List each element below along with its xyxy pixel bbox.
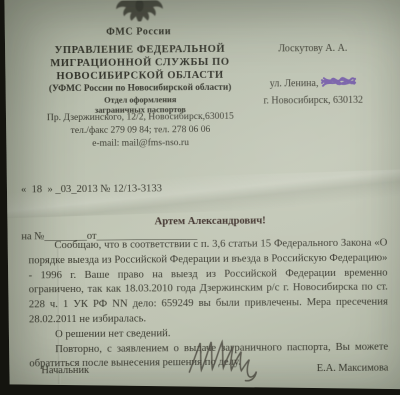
- salutation: Артем Александрович!: [10, 214, 400, 228]
- letterhead-address: Пр. Дзержинского, 12/2, Новосибирск,6300…: [9, 110, 271, 125]
- addressee-street: ул. Ленина,: [270, 78, 319, 89]
- agency-name-small: ФМС России: [57, 26, 221, 38]
- signer-title: Начальник: [41, 365, 89, 376]
- document-photo: ФМС России УПРАВЛЕНИЕ ФЕДЕРАЛЬНОЙ МИГРАЦ…: [0, 0, 400, 395]
- addressee-block: Лоскутову А. А. ул. Ленина, г. Новосибир…: [237, 43, 389, 107]
- letterhead-contact-block: Пр. Дзержинского, 12/2, Новосибирск,6300…: [9, 110, 271, 150]
- letter-content: ФМС России УПРАВЛЕНИЕ ФЕДЕРАЛЬНОЙ МИГРАЦ…: [0, 0, 400, 395]
- addressee-street-row: ул. Ленина,: [237, 74, 389, 93]
- coat-of-arms-eagle-icon: [86, 0, 192, 22]
- letter-paper: ФМС России УПРАВЛЕНИЕ ФЕДЕРАЛЬНОЙ МИГРАЦ…: [0, 0, 400, 395]
- letterhead-org-block: УПРАВЛЕНИЕ ФЕДЕРАЛЬНОЙ МИГРАЦИОННОЙ СЛУЖ…: [9, 42, 272, 116]
- letterhead-email: e-mail: mail@fms-nso.ru: [10, 136, 272, 151]
- redaction-scribble-icon: [320, 74, 356, 92]
- signer-name: Е.А. Максимова: [317, 363, 389, 375]
- outgoing-date-number: « 18 » _03_2013 № 12/13-3133: [21, 181, 197, 198]
- handwritten-signature-icon: [183, 335, 275, 384]
- org-name-line3: НОВОСИБИРСКОЙ ОБЛАСТИ: [9, 68, 271, 83]
- addressee-city: г. Новосибирск, 630132: [237, 95, 389, 107]
- addressee-name: Лоскутову А. А.: [237, 43, 389, 55]
- body-paragraph-1: Сообщаю, что в соответствии с п. 3,6 ста…: [28, 236, 388, 328]
